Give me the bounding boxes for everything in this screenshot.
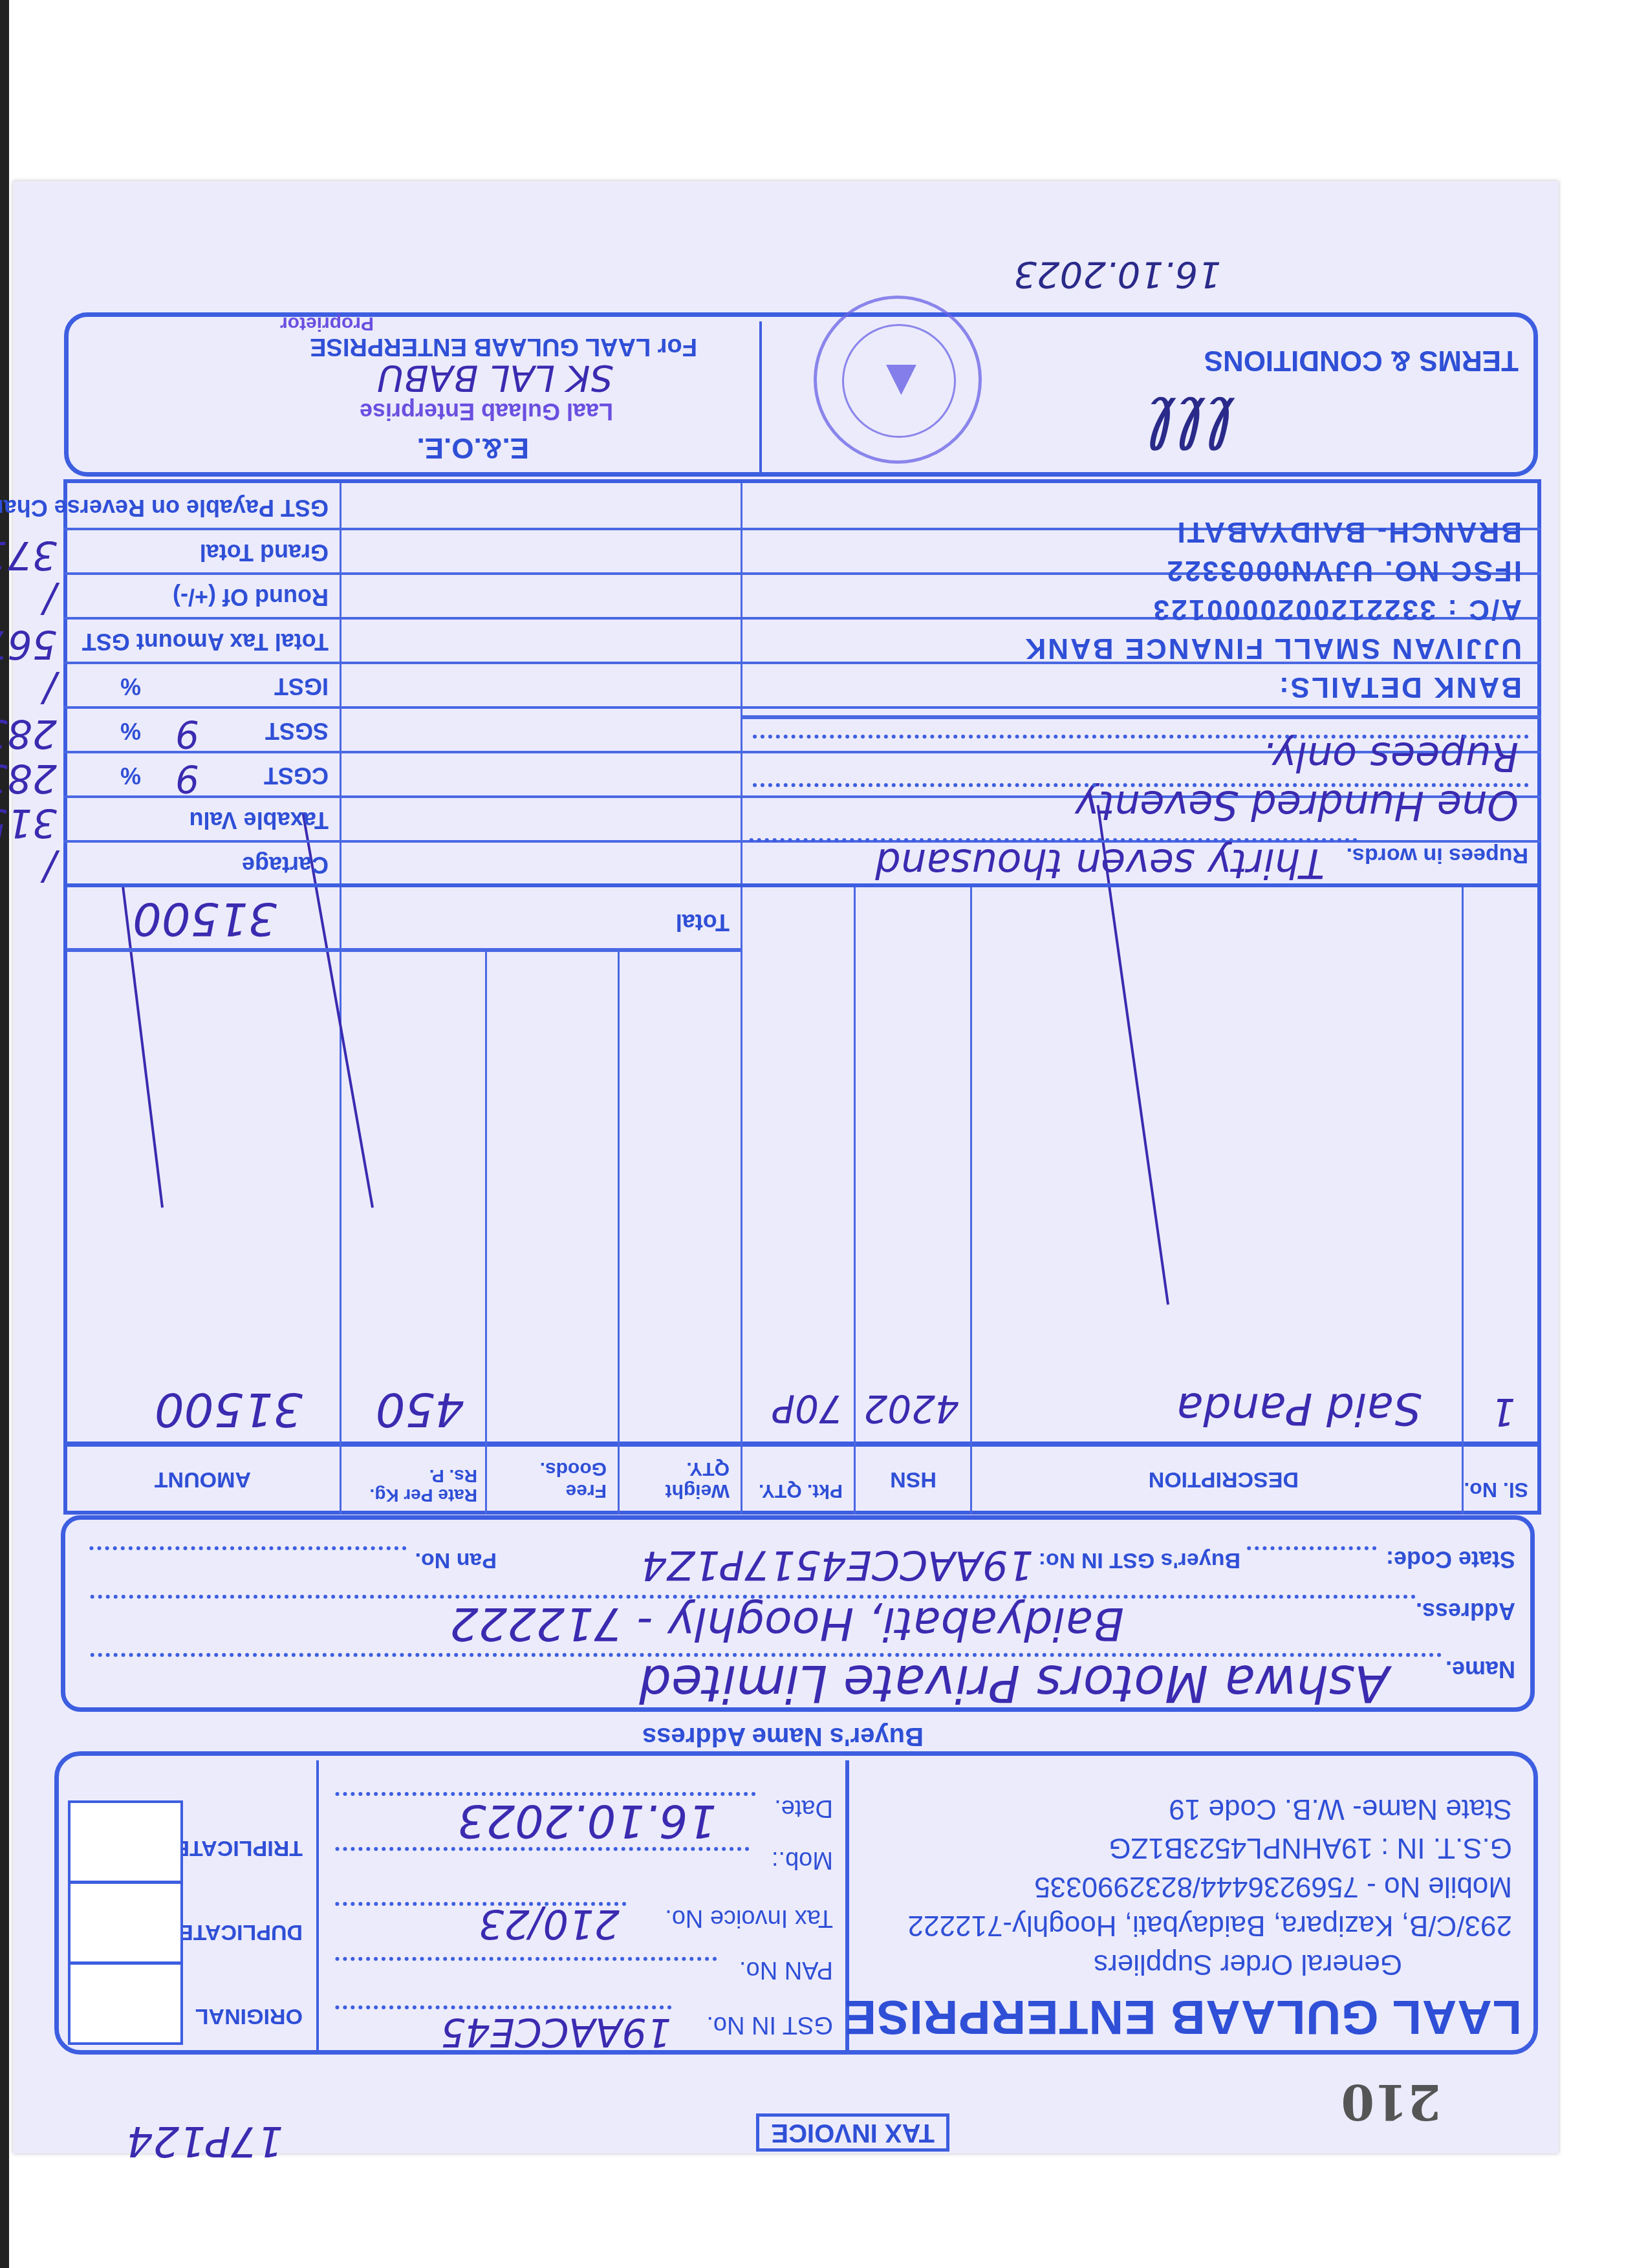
summary-value[interactable]: 5670 <box>0 621 57 667</box>
signatory-name: SK LAL BABU <box>377 357 613 399</box>
footer-box <box>64 312 1538 477</box>
bank-branch: BRANCH- BAIDYABATI <box>1175 515 1522 548</box>
summary-label: CGST <box>264 762 329 789</box>
seller-seal-text: Laal Gulaab Enterprise <box>360 398 613 425</box>
col-header-rate: Rate Per Kg. Rs. P. <box>348 1466 477 1505</box>
buyer-pan-label: Pan No. <box>415 1548 497 1573</box>
buyer-name-dots <box>89 1653 1441 1657</box>
table-left-border <box>1537 480 1541 1515</box>
summary-label: SGST <box>265 717 329 744</box>
col-header-sl: Sl. No. <box>1464 1478 1528 1502</box>
summary-label: Round Of (+/-) <box>173 583 329 610</box>
buyer-state-code-field[interactable] <box>1247 1546 1376 1550</box>
buyer-address-value[interactable]: Baidyabati, Hooghly - 712222 <box>449 1597 1124 1650</box>
pan-label: PAN No. <box>739 1956 833 1983</box>
bank-name: UJJIVAN SMALL FINANCE BANK <box>1023 632 1522 664</box>
row-description: Said Panda <box>1176 1383 1422 1434</box>
serial-number: 210 <box>1341 2073 1441 2129</box>
buyer-heading: Buyer's Name Address <box>642 1722 924 1751</box>
seller-address: 293/C/B, Kazipara, Baidaybati, Hooghly-7… <box>908 1909 1512 1941</box>
seller-name: LAAL GULAAB ENTERPRISE <box>844 1990 1522 2045</box>
seller-tagline: General Order Suppliers <box>1094 1948 1402 1980</box>
total-value: 31500 <box>133 892 277 945</box>
bank-account: A/C : 3322120020000123 <box>1152 593 1522 625</box>
col-divider-1 <box>1462 884 1464 1515</box>
pan-field[interactable] <box>335 1957 717 1961</box>
date-label: Date. <box>774 1794 833 1822</box>
invoice-page-rotated: 210 TAX INVOICE 17P124 LAAL GULAAB ENTER… <box>0 0 1635 2268</box>
col-header-pkt-qty: Pkt. QTY. <box>752 1480 843 1502</box>
summary-value[interactable]: / <box>44 666 57 711</box>
eoe-label: E.&.O.E. <box>417 431 529 464</box>
footer-divider <box>759 321 762 472</box>
row-pkt-qty: 70P <box>772 1387 843 1431</box>
col-divider-3 <box>854 884 856 1515</box>
buyer-name-label: Name. <box>1446 1656 1515 1683</box>
bank-heading: BANK DETAILS: <box>1277 671 1522 703</box>
summary-value[interactable]: 2835 <box>0 711 57 756</box>
copy-triplicate-label: TRIPLICATE <box>175 1835 303 1861</box>
col-header-description: DESCRIPTION <box>1149 1467 1299 1492</box>
invoice-no-value[interactable]: 210/23 <box>479 1901 620 1948</box>
words-dots-3 <box>752 735 1528 739</box>
seller-state: State Name- W.B. Code 19 <box>1169 1793 1512 1825</box>
summary-label: IGST <box>274 673 329 700</box>
words-bank-divider <box>742 715 1541 719</box>
receiver-signature: ℓℓℓ <box>1146 381 1234 464</box>
seller-gstin: G.S.T. IN : 19AHNPL4523B1ZG <box>1109 1831 1512 1864</box>
words-line-2: One Hundred Seventy <box>1075 782 1519 829</box>
invoice-no-label: Tax Invoice No. <box>665 1904 833 1932</box>
buyer-state-code-label: State Code: <box>1386 1546 1515 1573</box>
total-row-top <box>67 948 742 952</box>
gst-dots <box>335 2005 671 2009</box>
copy-duplicate-label: DUPLICATE <box>179 1919 303 1945</box>
col-divider-5 <box>618 952 620 1515</box>
copy-original-label: ORIGINAL <box>195 2003 303 2029</box>
summary-value[interactable]: 37170 <box>0 532 57 578</box>
summary-value[interactable]: 2835 <box>0 755 57 801</box>
summary-label: Total Tax Amount GST <box>82 628 329 655</box>
copy-triplicate-checkbox[interactable] <box>68 1800 183 1883</box>
proprietor-label: Proprietor <box>280 312 374 334</box>
total-label: Total <box>676 909 730 936</box>
col-divider-4 <box>741 480 742 1515</box>
summary-bottom <box>63 479 1541 483</box>
buyer-address-label: Address. <box>1416 1597 1515 1625</box>
col-divider-6 <box>485 952 487 1515</box>
table-header-bottom <box>63 1442 1541 1447</box>
summary-value[interactable]: 31500 <box>0 800 57 845</box>
tax-invoice-label: TAX INVOICE <box>756 2113 949 2152</box>
summary-label: Grand Total <box>200 539 329 566</box>
summary-percent-sign: % <box>120 717 141 744</box>
summary-label: GST Payable on Reverse Charge <box>0 494 329 521</box>
summary-percent-sign: % <box>120 673 141 700</box>
copies-divider <box>316 1760 319 2050</box>
date-dots <box>335 1792 755 1796</box>
row-amount: 31500 <box>155 1383 303 1437</box>
words-label: Rupees in words. <box>1347 843 1529 868</box>
row-rate: 450 <box>376 1383 464 1437</box>
col-divider-2 <box>970 884 972 1515</box>
row-hsn: 4202 <box>863 1387 959 1431</box>
company-logo-icon: ▲ <box>876 352 927 412</box>
seller-mobile: Mobile No - 7569236444/8232990335 <box>1034 1870 1512 1903</box>
buyer-name-value[interactable]: Ashwa Motors Private Limited <box>639 1654 1389 1712</box>
table-right-border <box>63 480 67 1515</box>
invoice-no-dots <box>335 1902 626 1906</box>
words-dots-2 <box>752 783 1528 787</box>
buyer-gst-value[interactable]: 19AACCE4517P1Z4 <box>642 1542 1034 1589</box>
buyer-gst-label: Buyer's GST IN No: <box>1039 1548 1240 1573</box>
buyer-pan-field[interactable] <box>89 1546 406 1550</box>
receipt-date: 16.10.2023 <box>1013 254 1221 296</box>
words-dots-1 <box>749 838 1357 842</box>
gst-value[interactable]: 19AACCE45 <box>441 2009 671 2055</box>
summary-label: Cartage <box>242 851 329 878</box>
summary-rate: 9 <box>175 757 199 801</box>
summary-value[interactable]: / <box>44 577 57 622</box>
terms-label: TERMS & CONDITIONS <box>1204 344 1519 376</box>
gst-label: GST IN No. <box>706 2011 833 2038</box>
col-divider-7 <box>340 480 341 1515</box>
bank-ifsc: IFSC NO. UJVN0003322 <box>1165 554 1522 587</box>
for-company-label: For LAAL GULAAB ENTERPRISE <box>310 332 697 360</box>
summary-value[interactable]: / <box>44 845 57 890</box>
summary-rate: 9 <box>175 712 199 756</box>
col-header-free-goods: Free Goods. <box>497 1458 607 1502</box>
buyer-address-dots <box>89 1595 1415 1599</box>
mob-label: Mob.: <box>772 1846 833 1874</box>
col-header-hsn: HSN <box>890 1467 937 1492</box>
col-header-weight-qty: Weight QTY. <box>626 1458 730 1502</box>
col-header-amount: AMOUNT <box>155 1467 251 1492</box>
words-line-1: Thirty seven thousand <box>875 840 1325 887</box>
date-value[interactable]: 16.10.2023 <box>457 1795 717 1848</box>
summary-percent-sign: % <box>120 762 141 789</box>
copy-original-checkbox[interactable] <box>68 1962 183 2045</box>
summary-row-divider <box>63 706 1541 709</box>
row-sl: 1 <box>1491 1390 1515 1434</box>
words-line-3: Rupees only. <box>1262 733 1519 781</box>
copy-duplicate-checkbox[interactable] <box>68 1881 183 1964</box>
handwritten-top-note: 17P124 <box>127 2117 283 2165</box>
summary-label: Taxable Valu <box>189 806 329 834</box>
table-top-border <box>63 1511 1541 1515</box>
